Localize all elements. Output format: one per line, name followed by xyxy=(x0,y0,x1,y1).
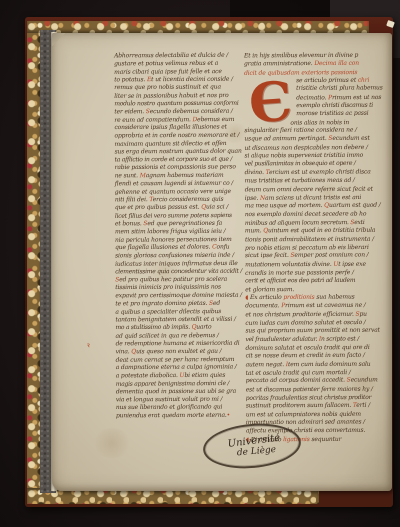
manuscript-line: nus sue liberando et glorificando qui xyxy=(116,403,242,412)
manuscript-line: minibus ad aliquem locum secretum. Sexti xyxy=(245,219,385,228)
manuscript-line: ◖ Ex articulo proditionis sua habemus xyxy=(245,293,385,302)
text-column-left: Abhorreamus delectabilia et dulcia de /g… xyxy=(114,52,242,421)
manuscript-line: a potestate diabolica. Ubi etiam quies xyxy=(116,372,242,381)
manuscript-page: Abhorreamus delectabilia et dulcia de /g… xyxy=(52,33,392,491)
manuscript-line: ipse. Nam sciens ut dicunt tristis est a… xyxy=(245,194,385,203)
manuscript-line: ad quid scilicet in qua re debemus / xyxy=(115,332,241,341)
manuscript-line: exemplo christi discamus ti xyxy=(296,102,384,111)
manuscript-book: Abhorreamus delectabilia et dulcia de /g… xyxy=(25,17,393,507)
manuscript-line: pocritas fraudulentias sicut christus pr… xyxy=(246,394,386,403)
manuscript-line: considerare ipsius flagella illusiones e… xyxy=(114,123,240,132)
manuscript-line: ut discamus non despicabiles non debere … xyxy=(244,144,384,153)
manuscript-line: gehenne et quantum occasio vere unige xyxy=(115,188,241,197)
manuscript-line: a quibus a specialiter dilectis quibus xyxy=(115,308,241,317)
manuscript-line: a dampnatione eterna a culpa ignominia / xyxy=(116,363,242,372)
manuscript-line: vel fraudulenter adulatur. In scripto es… xyxy=(245,335,385,344)
manuscript-line: mutationem voluntatis divine. Ut ipse ex… xyxy=(245,260,385,269)
manuscript-line: tissimis inimicis pro iniquissimis nos xyxy=(115,283,241,292)
manuscript-line: maximam quantum sit dilectio et offen xyxy=(114,140,240,149)
manuscript-line: rabie passionis et compassionis sue pers… xyxy=(115,163,241,172)
manuscript-line: nos exemplo domini decet secedere ab ho xyxy=(245,210,385,219)
manuscript-line: dominum salutat et osculo tradit qui ore… xyxy=(245,344,385,353)
manuscript-line: remus que pro nobis sustinuit et qua xyxy=(114,83,240,92)
manuscript-line: dicit de quibusdam exterioris passionis xyxy=(244,69,384,78)
manuscript-line: crandis in morte sue passionis perfe / xyxy=(245,269,385,278)
library-stamp: Université de Liège xyxy=(201,420,302,472)
manuscript-line: cum iudas cum domino salutat et osculo / xyxy=(245,319,385,328)
manuscript-line: mo a stultissimo ab impiis. Quarto xyxy=(115,323,241,332)
manuscript-line: magis apparet benignissima domini cle / xyxy=(116,380,242,389)
manuscript-line: puniendus erat quedam morte eterna.• xyxy=(116,412,242,421)
stamp-text-line2: de Liège xyxy=(236,444,276,457)
manuscript-line: tionis ponit admirabilitatem et instrume… xyxy=(245,235,385,244)
manuscript-line: peccato ad corpus domini accedit. Secund… xyxy=(246,377,386,386)
marbled-cover-top-edge xyxy=(27,21,369,33)
manuscript-line: vina. Quis queso non exultet et gau / xyxy=(116,348,242,357)
manuscript-line: maris cibari quia ipse fuit felle et ace xyxy=(114,68,240,77)
manuscript-line: deum cum omni decore referre sicut fecit… xyxy=(245,185,385,194)
manuscript-line: liter se in passionibus habuit et nos pr… xyxy=(114,92,240,101)
manuscript-line: sicut ipse fecit. Semper post omnium con… xyxy=(245,252,385,261)
manuscript-line: sionis gloriosa confusiones miseria inde… xyxy=(115,252,241,261)
manuscript-line: divino. Tercium est ut exemplo christi d… xyxy=(245,168,385,177)
manuscript-line: usque ad animum pertingat. Secundum est xyxy=(244,135,384,144)
manuscript-line: que flagella illusiones et dolores. Conf… xyxy=(115,243,241,252)
photo-backdrop: { "photo": { "background_color": "#1c151… xyxy=(0,0,400,527)
manuscript-line: gratia amministratione. Decima illa con xyxy=(244,60,384,69)
manuscript-line: singulariter fieri ratione considera ne … xyxy=(244,126,384,135)
page-stain xyxy=(92,428,132,458)
manuscript-line: tristitie christi plura habemus xyxy=(296,85,384,94)
manuscript-line: que et pro quibus passus est. Quia sci / xyxy=(115,203,241,212)
text-column-right: Et in hijs similibus elevemur in divine … xyxy=(244,52,386,445)
manuscript-line: mem sitim labores frigus vigilias ieiu / xyxy=(115,228,241,237)
page-corner-fold xyxy=(52,33,68,46)
manuscript-line: morose tristitias ac passi xyxy=(296,110,384,119)
manuscript-line: licet filius dei vero summe potens sapie… xyxy=(115,212,241,221)
manuscript-line: decimatio. Primum est ut nos xyxy=(296,94,384,103)
manuscript-line: te et pro ingrato domino pietas. Sed xyxy=(115,300,241,309)
manuscript-line: iudicatus inter iniquos infirmatus deus … xyxy=(115,260,241,269)
margin-nota-mark: ꝛ xyxy=(86,342,96,348)
